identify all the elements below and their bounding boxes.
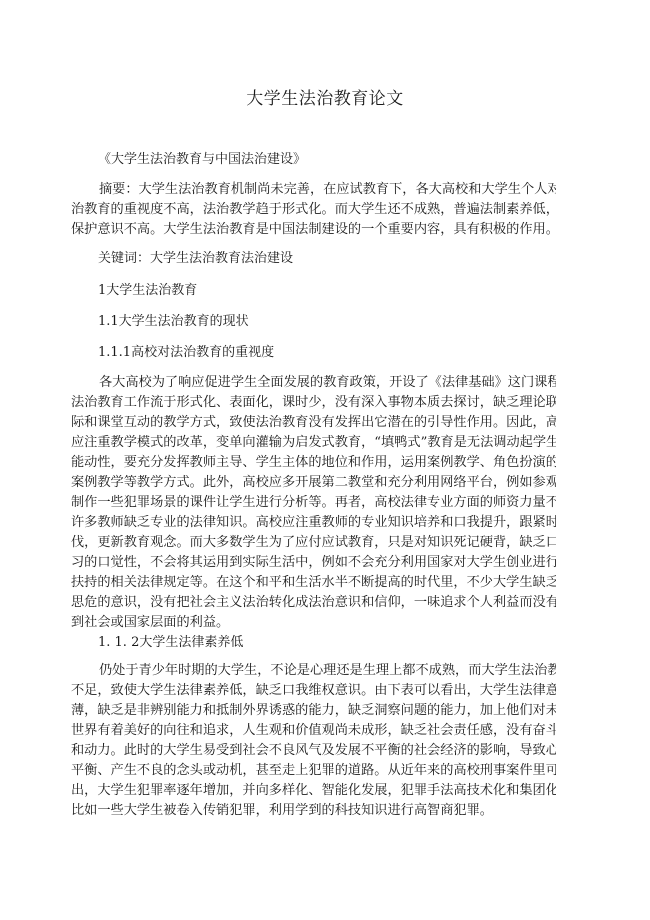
paragraph-line: 薄，缺乏是非辨别能力和抵制外界诱惑的能力，缺乏洞察问题的能力，加上他们对未来和	[71, 701, 556, 721]
paragraph-line: 平衡、产生不良的念头或动机，甚至走上犯罪的道路。从近年来的高校刑事案件里可以看	[71, 761, 556, 781]
paragraph-line: 案例教学等教学方式。此外，高校应多开展第二教堂和充分利用网络平台，例如参观监狱、	[71, 473, 556, 493]
abstract-line: 治教育的重视度不高，法治教学趋于形式化。而大学生还不成熟，普遍法制素养低，白我	[71, 200, 556, 220]
paragraph-line: 际和课堂互动的教学方式，致使法治教育没有发挥出它潜在的引导性作用。因此，高校更	[71, 413, 556, 433]
keywords: 关键词：大学生法治教育法治建设	[98, 249, 293, 269]
paragraph-line: 出，大学生犯罪率逐年增加，并向多样化、智能化发展，犯罪手法高技术化和集团化发展、	[71, 781, 556, 801]
paragraph-2: 仍处于青少年时期的大学生，不论是心理还是生理上都不成熟，而大学生法治教育的 不足…	[71, 661, 561, 821]
section-heading-1: 1大学生法治教育	[98, 281, 197, 301]
paragraph-line: 能动性，要充分发挥教师主导、学生主体的地位和作用，运用案例教学、角色扮演的模拟	[71, 453, 556, 473]
paragraph-line: 应注重教学模式的改革，变单向灌输为启发式教育，“填鸭式”教育是无法调动起学生的	[71, 433, 556, 453]
abstract-line: 摘要：大学生法治教育机制尚未完善，在应试教育下，各大高校和大学生个人对法	[71, 180, 556, 200]
paragraph-line: 习的口觉性，不会将其运用到实际生活中，例如不会充分利用国家对大学生创业进行贷款	[71, 553, 556, 573]
paragraph-line: 到社会或国家层面的利益。	[71, 613, 556, 633]
paragraph-line: 比如一些大学生被卷入传销犯罪，利用学到的科技知识进行高智商犯罪。	[71, 801, 556, 821]
paragraph-line: 仍处于青少年时期的大学生，不论是心理还是生理上都不成熟，而大学生法治教育的	[71, 661, 556, 681]
paragraph-line: 许多教师缺乏专业的法律知识。高校应注重教师的专业知识培养和口我提升，跟紧时代步	[71, 513, 556, 533]
paragraph-line: 法治教育工作流于形式化、表面化，课时少，没有深入事物本质去探讨，缺乏理论联系实	[71, 393, 556, 413]
paragraph-line: 思危的意识，没有把社会主义法治转化成法治意识和信仰，一味追求个人利益而没有上升	[71, 593, 556, 613]
paragraph-line: 制作一些犯罪场景的课件让学生进行分析等。再者，高校法律专业方面的师资力量不足，	[71, 493, 556, 513]
abstract: 摘要：大学生法治教育机制尚未完善，在应试教育下，各大高校和大学生个人对法 治教育…	[71, 180, 561, 240]
paragraph-line: 世界有着美好的向往和追求，人生观和价值观尚未成形，缺乏社会责任感，没有奋斗目标	[71, 721, 556, 741]
paragraph-1: 各大高校为了响应促进学生全面发展的教育政策，开设了《法律基础》这门课程，但 法治…	[71, 373, 561, 633]
abstract-line: 保护意识不高。大学生法治教育是中国法制建设的一个重要内容，具有积极的作用。	[71, 220, 556, 240]
document-title: 大学生法治教育论文	[0, 84, 650, 109]
paper-subtitle: 《大学生法治教育与中国法治建设》	[98, 150, 306, 170]
paragraph-line: 扶持的相关法律规定等。在这个和平和生活水半不断提高的时代里，不少大学生缺乏居安	[71, 573, 556, 593]
document-page: 大学生法治教育论文 《大学生法治教育与中国法治建设》 摘要：大学生法治教育机制尚…	[0, 0, 650, 920]
paragraph-line: 不足，致使大学生法律素养低，缺乏口我维权意识。由下表可以看出，大学生法律意识淡	[71, 681, 556, 701]
paragraph-line: 伐，更新教育观念。而大多数学生为了应付应试教育，只是对知识死记硬背，缺乏口主学	[71, 533, 556, 553]
paragraph-line: 各大高校为了响应促进学生全面发展的教育政策，开设了《法律基础》这门课程，但	[71, 373, 556, 393]
section-heading-1-1-1: 1.1.1高校对法治教育的重视度	[98, 343, 274, 363]
paragraph-line: 和动力。此时的大学生易受到社会不良风气及发展不平衡的社会经济的影响，导致心理不	[71, 741, 556, 761]
section-heading-1-1-2: 1. 1. 2大学生法律素养低	[98, 633, 243, 653]
section-heading-1-1: 1.1大学生法治教育的现状	[98, 312, 249, 332]
